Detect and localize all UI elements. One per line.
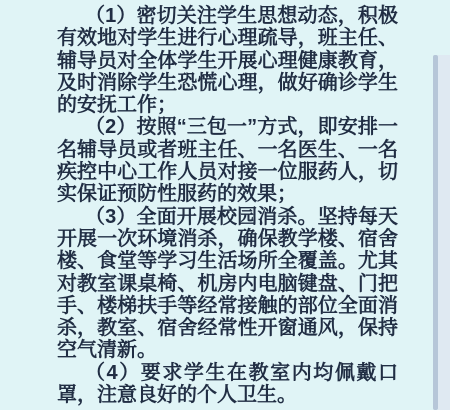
paragraph-1: （1）密切关注学生思想动态，积极有效地对学生进行心理疏导，班主任、辅导员对全体学…	[57, 5, 398, 116]
scrollbar-track[interactable]	[438, 55, 450, 410]
scrollbar-thumb[interactable]	[433, 55, 438, 410]
paragraph-3: （3）全面开展校园消杀。坚持每天开展一次环境消杀，确保教学楼、宿舍楼、食堂等学习…	[57, 206, 398, 362]
paragraph-4: （4）要求学生在教室内均佩戴口罩，注意良好的个人卫生。	[57, 362, 398, 407]
paragraph-2: （2）按照“三包一”方式，即安排一名辅导员或者班主任、一名医生、一名疾控中心工作…	[57, 116, 398, 205]
article-page: （1）密切关注学生思想动态，积极有效地对学生进行心理疏导，班主任、辅导员对全体学…	[0, 0, 450, 410]
article-text: （1）密切关注学生思想动态，积极有效地对学生进行心理疏导，班主任、辅导员对全体学…	[57, 5, 398, 406]
